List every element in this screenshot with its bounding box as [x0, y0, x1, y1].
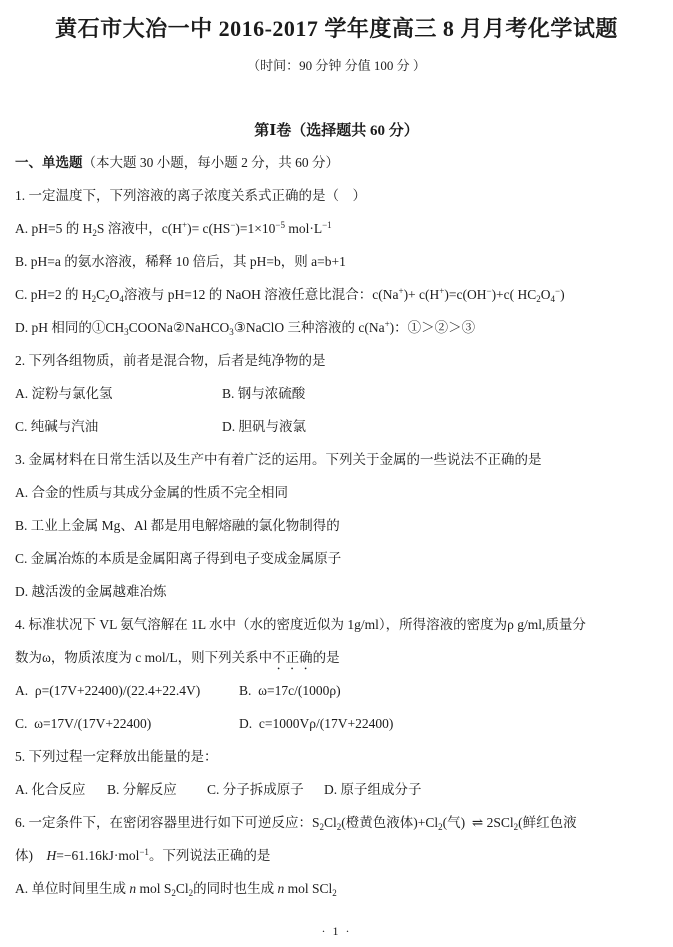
option-column: B. ω=17c/(1000ρ) [239, 674, 341, 707]
text-segment: D. c=1000Vρ/(17V+22400) [239, 716, 393, 731]
section-heading: 第Ⅰ卷（选择题共 60 分） [15, 122, 658, 142]
text-segment: A. ρ=(17V+22400)/(22.4+22.4V) [15, 683, 200, 698]
text-segment: 的同时也生成 [193, 881, 277, 896]
text-segment: C. 分子拆成原子 [207, 782, 304, 797]
question-4-stem-line-1: 4. 标准状况下 VL 氨气溶解在 1L 水中（水的密度近似为 1g/ml），所… [15, 608, 658, 641]
page-title: 黄石市大冶一中 2016-2017 学年度高三 8 月月考化学试题 [15, 14, 658, 45]
question-4-stem-line-2: 数为ω，物质浓度为 c mol/L，则下列关系中不正确的是 [15, 641, 658, 674]
text-segment: A. pH=5 的 H [15, 221, 92, 236]
text-segment: )：①＞②＞③ [390, 320, 476, 335]
question-4-options-ab: A. ρ=(17V+22400)/(22.4+22.4V)B. ω=17c/(1… [15, 674, 658, 707]
question-6-stem-line-2: 体) H=−61.16kJ·mol−1。下列说法正确的是 [15, 839, 658, 872]
question-3-option-d: D. 越活泼的金属越难冶炼 [15, 575, 658, 608]
text-segment: Cl [324, 815, 337, 830]
question-3-stem: 3. 金属材料在日常生活以及生产中有着广泛的运用。下列关于金属的一些说法不正确的… [15, 443, 658, 476]
question-3-option-a: A. 合金的性质与其成分金属的性质不完全相同 [15, 476, 658, 509]
option-column: A. 化合反应 [15, 773, 107, 806]
text-segment: B. pH=a 的氨水溶液，稀释 10 倍后，其 pH=b，则 a=b+1 [15, 254, 346, 269]
text-segment: 溶液与 pH=12 的 NaOH 溶液任意比混合：c(Na [124, 287, 399, 302]
question-3-option-b: B. 工业上金属 Mg、Al 都是用电解熔融的氯化物制得的 [15, 509, 658, 542]
text-segment: (橙黄色液体)+Cl [341, 815, 438, 830]
text-segment: H [47, 848, 57, 863]
text-segment: 2 [332, 888, 337, 898]
text-segment: Cl [176, 881, 189, 896]
text-segment: B. 分解反应 [107, 782, 177, 797]
text-segment: A. 合金的性质与其成分金属的性质不完全相同 [15, 485, 288, 500]
text-segment: C. 金属冶炼的本质是金属阳离子得到电子变成金属原子 [15, 551, 341, 566]
option-column: A. 淀粉与氯化氢 [15, 377, 222, 410]
text-segment: 数为ω，物质浓度为 c mol/L，则下列关系中 [15, 650, 272, 665]
text-segment: C. pH=2 的 H [15, 287, 92, 302]
question-1-stem: 1. 一定温度下，下列溶液的离子浓度关系式正确的是（ ） [15, 179, 658, 212]
text-segment: 4. 标准状况下 VL 氨气溶解在 1L 水中（水的密度近似为 1g/ml），所… [15, 617, 586, 632]
text-segment: B. 钢与浓硫酸 [222, 386, 305, 401]
page-number: · 1 · [0, 924, 673, 939]
text-segment: O [110, 287, 120, 302]
text-segment: ) [560, 287, 565, 302]
exam-page: 黄石市大冶一中 2016-2017 学年度高三 8 月月考化学试题 （时间：90… [0, 0, 673, 947]
text-segment: )= c(HS [187, 221, 230, 236]
text-segment: mol S [136, 881, 171, 896]
text-segment: −1 [139, 847, 149, 857]
text-segment: (鲜红色液 [518, 815, 577, 830]
text-segment: mol·L [285, 221, 322, 236]
text-segment: A. 单位时间里生成 [15, 881, 129, 896]
text-segment: =−61.16kJ·mol [56, 848, 139, 863]
text-segment: 2. 下列各组物质，前者是混合物，后者是纯净物的是 [15, 353, 326, 368]
part-1-heading: 一、单选题（本大题 30 小题，每小题 2 分，共 60 分） [15, 146, 658, 179]
text-segment: 的是 [313, 650, 340, 665]
text-segment: O [541, 287, 551, 302]
question-5-options: A. 化合反应B. 分解反应C. 分子拆成原子D. 原子组成分子 [15, 773, 658, 806]
text-segment: C. 纯碱与汽油 [15, 419, 98, 434]
option-column: C. 分子拆成原子 [207, 773, 324, 806]
question-2-stem: 2. 下列各组物质，前者是混合物，后者是纯净物的是 [15, 344, 658, 377]
text-segment: C. ω=17V/(17V+22400) [15, 716, 151, 731]
option-column: C. 纯碱与汽油 [15, 410, 222, 443]
text-segment: D. 原子组成分子 [324, 782, 422, 797]
question-3-option-c: C. 金属冶炼的本质是金属阳离子得到电子变成金属原子 [15, 542, 658, 575]
question-1-option-b: B. pH=a 的氨水溶液，稀释 10 倍后，其 pH=b，则 a=b+1 [15, 245, 658, 278]
text-segment: D. 胆矾与液氯 [222, 419, 306, 434]
text-segment: A. 化合反应 [15, 782, 86, 797]
text-segment: B. ω=17c/(1000ρ) [239, 683, 341, 698]
question-1-option-a: A. pH=5 的 H2S 溶液中，c(H+)= c(HS−)=1×10−5 m… [15, 212, 658, 245]
text-segment: 一、单选题 [15, 155, 83, 170]
option-column: B. 分解反应 [107, 773, 207, 806]
text-segment: 不正确 [272, 650, 313, 665]
question-1-option-c: C. pH=2 的 H2C2O4溶液与 pH=12 的 NaOH 溶液任意比混合… [15, 278, 658, 311]
option-column: D. 原子组成分子 [324, 773, 422, 806]
document-lines: 一、单选题（本大题 30 小题，每小题 2 分，共 60 分）1. 一定温度下，… [15, 146, 658, 905]
text-segment: COONa②NaHCO [129, 320, 230, 335]
text-segment: −1 [322, 220, 332, 230]
text-segment: A. 淀粉与氯化氢 [15, 386, 113, 401]
question-4-options-cd: C. ω=17V/(17V+22400)D. c=1000Vρ/(17V+224… [15, 707, 658, 740]
text-segment: )=1×10 [235, 221, 275, 236]
text-segment: S 溶液中，c(H [97, 221, 182, 236]
option-column: D. c=1000Vρ/(17V+22400) [239, 707, 393, 740]
text-segment: )+ c(H [404, 287, 440, 302]
text-segment: 。下列说法正确的是 [149, 848, 271, 863]
text-segment: )=c(OH [444, 287, 486, 302]
text-segment: )+c( HC [492, 287, 537, 302]
text-segment: D. pH 相同的①CH [15, 320, 124, 335]
text-segment: ③NaClO 三种溶液的 c(Na [234, 320, 385, 335]
option-column: B. 钢与浓硫酸 [222, 377, 305, 410]
text-segment: (气) ⇌ 2SCl [443, 815, 514, 830]
text-segment: 1. 一定温度下，下列溶液的离子浓度关系式正确的是（ ） [15, 188, 366, 203]
text-segment: B. 工业上金属 Mg、Al 都是用电解熔融的氯化物制得的 [15, 518, 340, 533]
option-column: C. ω=17V/(17V+22400) [15, 707, 239, 740]
text-segment: −5 [275, 220, 285, 230]
option-column: D. 胆矾与液氯 [222, 410, 306, 443]
question-6-stem-line-1: 6. 一定条件下，在密闭容器里进行如下可逆反应：S2Cl2(橙黄色液体)+Cl2… [15, 806, 658, 839]
text-segment: mol SCl [284, 881, 332, 896]
text-segment: 5. 下列过程一定释放出能量的是： [15, 749, 218, 764]
text-segment: C [96, 287, 105, 302]
question-5-stem: 5. 下列过程一定释放出能量的是： [15, 740, 658, 773]
question-6-option-a: A. 单位时间里生成 n mol S2Cl2的同时也生成 n mol SCl2 [15, 872, 658, 905]
text-segment: 3. 金属材料在日常生活以及生产中有着广泛的运用。下列关于金属的一些说法不正确的… [15, 452, 542, 467]
question-1-option-d: D. pH 相同的①CH3COONa②NaHCO3③NaClO 三种溶液的 c(… [15, 311, 658, 344]
question-2-options-cd: C. 纯碱与汽油D. 胆矾与液氯 [15, 410, 658, 443]
question-2-options-ab: A. 淀粉与氯化氢B. 钢与浓硫酸 [15, 377, 658, 410]
text-segment: （本大题 30 小题，每小题 2 分，共 60 分） [83, 155, 340, 170]
option-column: A. ρ=(17V+22400)/(22.4+22.4V) [15, 674, 239, 707]
text-segment: 体) [15, 848, 47, 863]
exam-time-score-info: （时间：90 分钟 分值 100 分 ） [15, 57, 658, 75]
text-segment: D. 越活泼的金属越难冶炼 [15, 584, 167, 599]
text-segment: 6. 一定条件下，在密闭容器里进行如下可逆反应：S [15, 815, 320, 830]
